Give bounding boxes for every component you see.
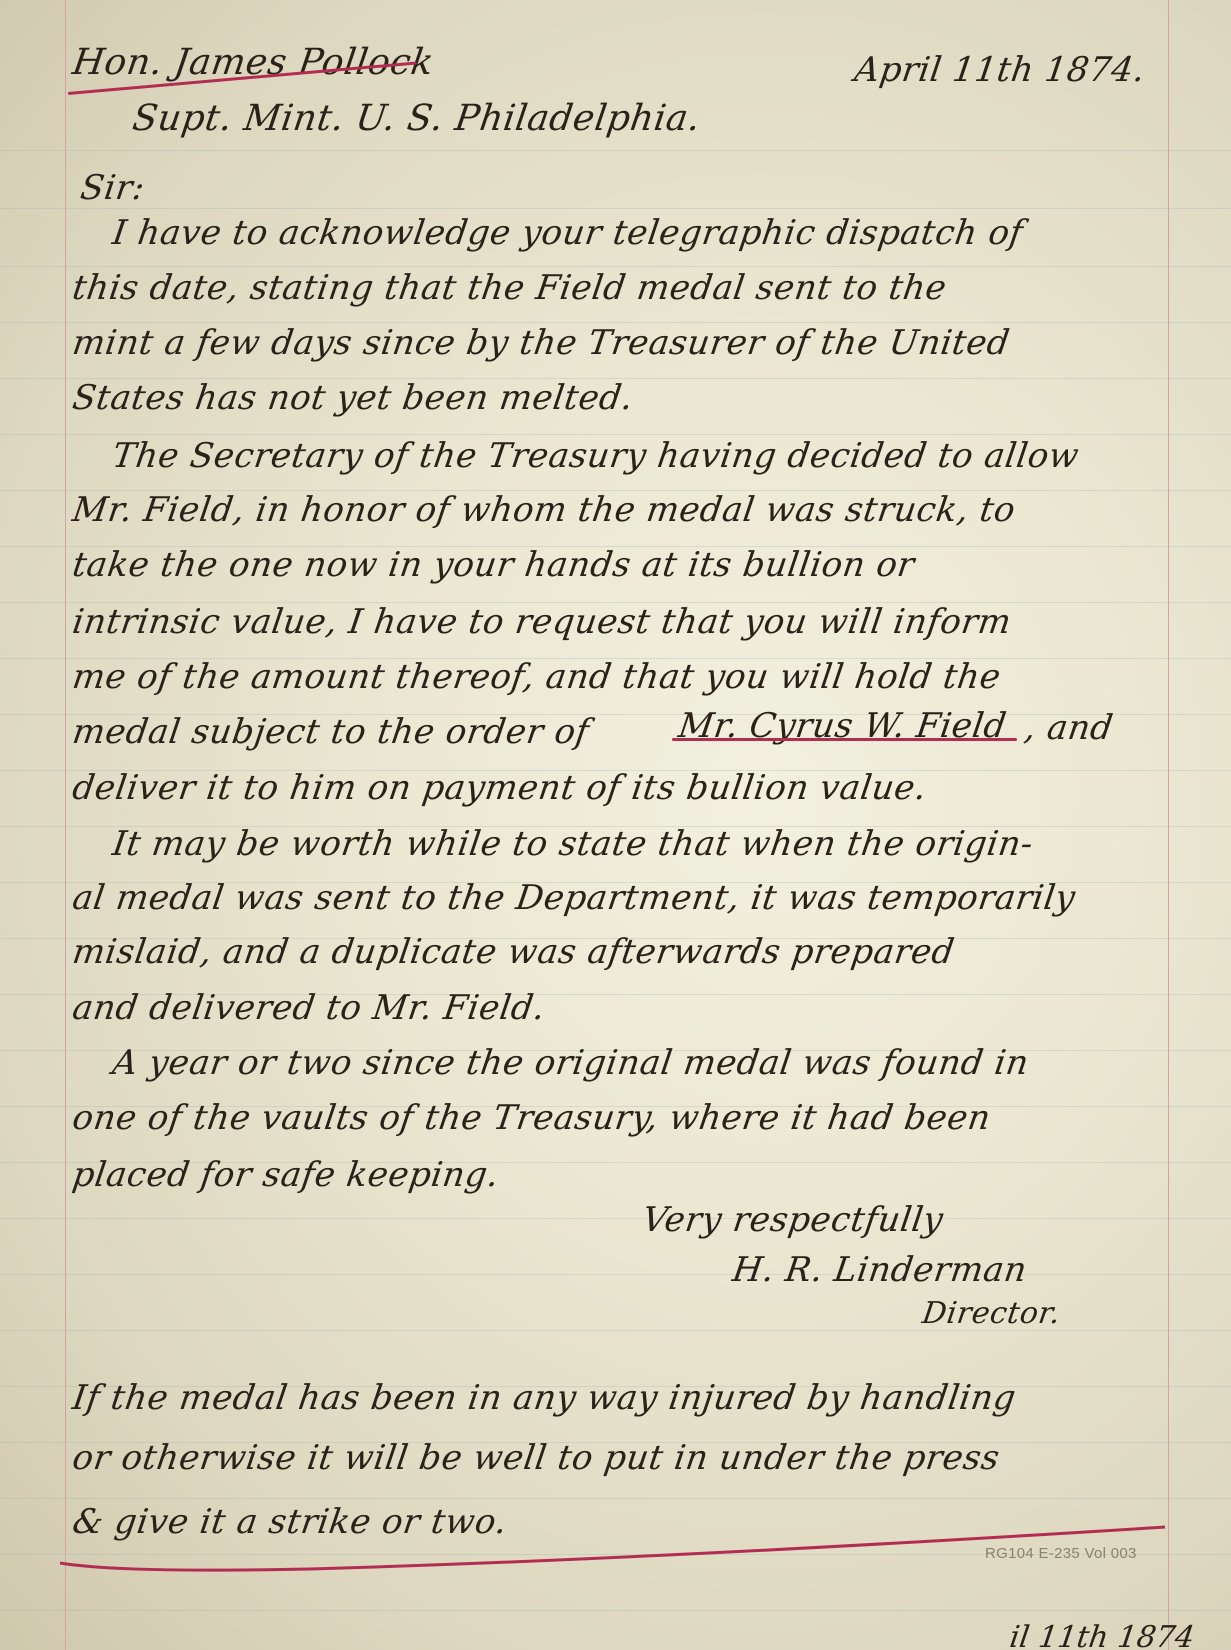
body-line: A year or two since the original medal w…	[110, 1043, 1031, 1083]
body-line: The Secretary of the Treasury having dec…	[110, 436, 1081, 476]
body-line: States has not yet been melted.	[70, 378, 636, 418]
valediction: Very respectfully	[640, 1200, 946, 1240]
left-margin-line	[65, 0, 66, 1650]
body-line: and delivered to Mr. Field.	[70, 988, 548, 1028]
name-underline	[672, 738, 1017, 741]
salutation: Sir:	[78, 168, 147, 208]
body-line: this date, stating that the Field medal …	[70, 268, 949, 308]
body-line: mint a few days since by the Treasurer o…	[70, 323, 1012, 363]
body-line: deliver it to him on payment of its bull…	[70, 768, 929, 808]
body-line: I have to acknowledge your telegraphic d…	[110, 213, 1026, 253]
ruled-line	[0, 434, 1231, 435]
postscript-line: If the medal has been in any way injured…	[70, 1378, 1018, 1418]
ruled-line	[0, 1498, 1231, 1499]
ruled-line	[0, 266, 1231, 267]
body-line: It may be worth while to state that when…	[110, 824, 1036, 864]
body-line: take the one now in your hands at its bu…	[70, 545, 917, 585]
ruled-line	[0, 1218, 1231, 1219]
postscript-line: or otherwise it will be well to put in u…	[70, 1438, 1002, 1478]
body-line: intrinsic value, I have to request that …	[70, 602, 1014, 642]
body-line: medal subject to the order of	[70, 712, 592, 752]
ruled-line	[0, 1610, 1231, 1611]
ruled-line	[0, 150, 1231, 151]
archive-reference: RG104 E-235 Vol 003	[985, 1545, 1137, 1562]
body-line: Mr. Field, in honor of whom the medal wa…	[70, 490, 1018, 530]
body-line: me of the amount thereof, and that you w…	[70, 657, 1003, 697]
ruled-line	[0, 1274, 1231, 1275]
letter-date: April 11th 1874.	[852, 50, 1148, 90]
next-entry-date: il 11th 1874	[1008, 1620, 1197, 1650]
right-margin-line	[1168, 0, 1169, 1650]
body-line-tail: , and	[1022, 708, 1116, 748]
signer-title: Director.	[920, 1296, 1063, 1331]
body-line: placed for safe keeping.	[70, 1155, 502, 1195]
body-line: mislaid, and a duplicate was afterwards …	[70, 932, 957, 972]
ruled-line	[0, 208, 1231, 209]
body-line: one of the vaults of the Treasury, where…	[70, 1098, 993, 1138]
letterbook-page: Hon. James Pollock Supt. Mint. U. S. Phi…	[0, 0, 1231, 1650]
signature: H. R. Linderman	[730, 1250, 1030, 1290]
addressee-title: Supt. Mint. U. S. Philadelphia.	[130, 98, 703, 139]
body-line: al medal was sent to the Department, it …	[70, 878, 1078, 918]
